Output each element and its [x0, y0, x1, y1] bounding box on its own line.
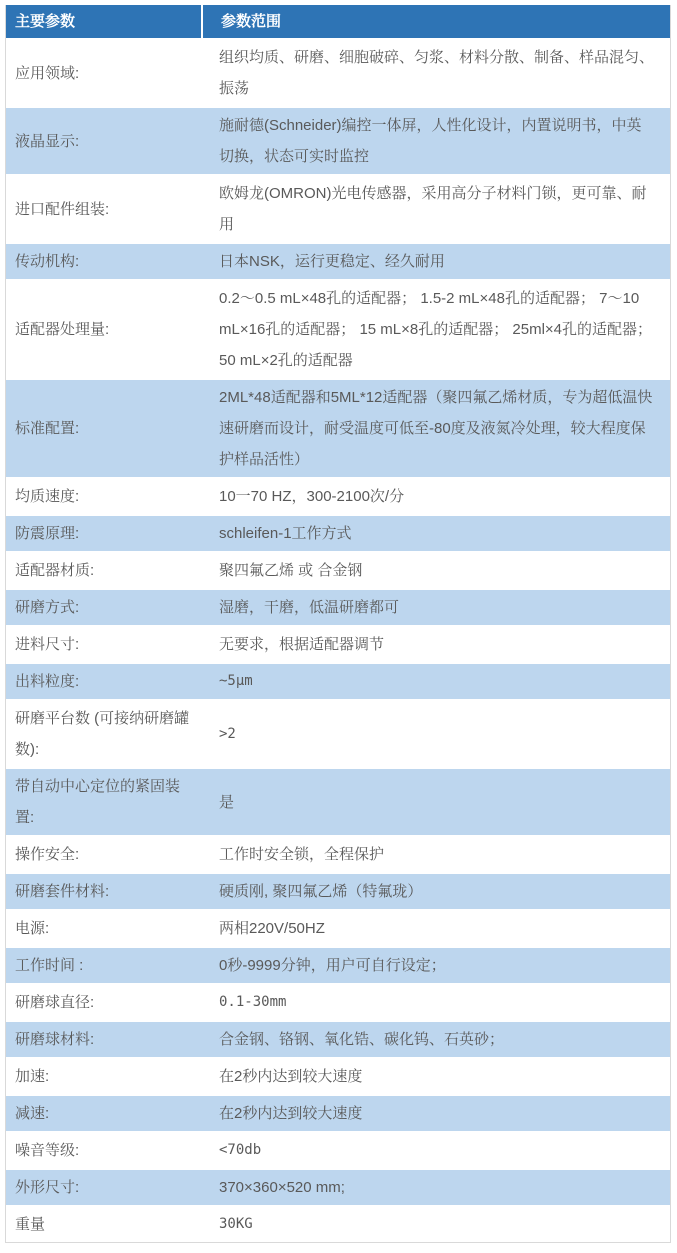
table-row: 减速: 在2秒内达到较大速度	[6, 1094, 670, 1131]
param-value: >2	[201, 717, 670, 752]
param-value: 0.1-30mm	[201, 985, 670, 1020]
table-row: 液晶显示: 施耐德(Schneider)编控一体屏，人性化设计，内置说明书，中英…	[6, 106, 670, 174]
param-value: 日本NSK，运行更稳定、经久耐用	[201, 244, 670, 279]
param-value: 聚四氟乙烯 或 合金钢	[201, 553, 670, 588]
table-row: 研磨球材料: 合金钢、铬钢、氧化锆、碳化钨、石英砂；	[6, 1020, 670, 1057]
param-value: 0秒-9999分钟，用户可自行设定；	[201, 948, 670, 983]
table-row: 适配器材质: 聚四氟乙烯 或 合金钢	[6, 551, 670, 588]
param-label: 研磨平台数 (可接纳研磨罐数):	[6, 701, 201, 767]
param-label: 应用领域:	[6, 56, 201, 91]
param-value: 欧姆龙(OMRON)光电传感器，采用高分子材料门锁，更可靠、耐用	[201, 176, 670, 242]
param-value: 组织均质、研磨、细胞破碎、匀浆、材料分散、制备、样品混匀、振荡	[201, 40, 670, 106]
param-label: 重量	[6, 1207, 201, 1242]
table-row: 噪音等级: <70db	[6, 1131, 670, 1168]
table-row: 研磨平台数 (可接纳研磨罐数): >2	[6, 699, 670, 767]
param-value: 无要求，根据适配器调节	[201, 627, 670, 662]
param-value: 湿磨，干磨，低温研磨都可	[201, 590, 670, 625]
page-root: 主要参数 参数范围 应用领域: 组织均质、研磨、细胞破碎、匀浆、材料分散、制备、…	[0, 0, 677, 1253]
table-row: 适配器处理量: 0.2～0.5 mL×48孔的适配器； 1.5-2 mL×48孔…	[6, 279, 670, 378]
table-row: 电源: 两相220V/50HZ	[6, 909, 670, 946]
column-header-main-params: 主要参数	[6, 5, 201, 38]
param-label: 噪音等级:	[6, 1133, 201, 1168]
param-label: 防震原理:	[6, 516, 201, 551]
column-header-param-range: 参数范围	[203, 5, 670, 38]
param-value: ~5μm	[201, 664, 670, 699]
param-value: 两相220V/50HZ	[201, 911, 670, 946]
param-label: 减速:	[6, 1096, 201, 1131]
param-label: 操作安全:	[6, 837, 201, 872]
param-label: 研磨球材料:	[6, 1022, 201, 1057]
table-row: 工作时间 : 0秒-9999分钟，用户可自行设定；	[6, 946, 670, 983]
param-value: 合金钢、铬钢、氧化锆、碳化钨、石英砂；	[201, 1022, 670, 1057]
param-label: 研磨套件材料:	[6, 874, 201, 909]
table-row: 均质速度: 10一70 HZ，300-2100次/分	[6, 477, 670, 514]
param-label: 电源:	[6, 911, 201, 946]
param-value: schleifen-1工作方式	[201, 516, 670, 551]
param-label: 适配器材质:	[6, 553, 201, 588]
param-value: 2ML*48适配器和5ML*12适配器（聚四氟乙烯材质，专为超低温快速研磨而设计…	[201, 380, 670, 477]
param-value: 施耐德(Schneider)编控一体屏，人性化设计，内置说明书，中英切换，状态可…	[201, 108, 670, 174]
table-header-row: 主要参数 参数范围	[6, 5, 670, 38]
param-label: 研磨方式:	[6, 590, 201, 625]
param-value: 370×360×520 mm;	[201, 1170, 670, 1205]
param-label: 标准配置:	[6, 411, 201, 446]
table-row: 研磨球直径: 0.1-30mm	[6, 983, 670, 1020]
spec-table: 主要参数 参数范围 应用领域: 组织均质、研磨、细胞破碎、匀浆、材料分散、制备、…	[5, 5, 671, 1243]
table-row: 操作安全: 工作时安全锁，全程保护	[6, 835, 670, 872]
table-row: 进料尺寸: 无要求，根据适配器调节	[6, 625, 670, 662]
table-row: 防震原理: schleifen-1工作方式	[6, 514, 670, 551]
param-value: 硬质刚, 聚四氟乙烯（特氟珑）	[201, 874, 670, 909]
table-row: 带自动中心定位的紧固装置: 是	[6, 767, 670, 835]
param-label: 均质速度:	[6, 479, 201, 514]
table-row: 进口配件组装: 欧姆龙(OMRON)光电传感器，采用高分子材料门锁，更可靠、耐用	[6, 174, 670, 242]
param-label: 研磨球直径:	[6, 985, 201, 1020]
param-value: 工作时安全锁，全程保护	[201, 837, 670, 872]
param-value: <70db	[201, 1133, 670, 1168]
param-value: 在2秒内达到较大速度	[201, 1096, 670, 1131]
param-label: 工作时间 :	[6, 948, 201, 983]
param-label: 加速:	[6, 1059, 201, 1094]
table-row: 出料粒度: ~5μm	[6, 662, 670, 699]
table-row: 加速: 在2秒内达到较大速度	[6, 1057, 670, 1094]
param-label: 出料粒度:	[6, 664, 201, 699]
param-value: 0.2～0.5 mL×48孔的适配器； 1.5-2 mL×48孔的适配器； 7～…	[201, 281, 670, 378]
param-label: 传动机构:	[6, 244, 201, 279]
table-row: 研磨方式: 湿磨，干磨，低温研磨都可	[6, 588, 670, 625]
table-row: 应用领域: 组织均质、研磨、细胞破碎、匀浆、材料分散、制备、样品混匀、振荡	[6, 38, 670, 106]
param-value: 在2秒内达到较大速度	[201, 1059, 670, 1094]
table-row: 重量 30KG	[6, 1205, 670, 1242]
param-label: 进口配件组装:	[6, 192, 201, 227]
param-label: 液晶显示:	[6, 124, 201, 159]
table-row: 外形尺寸: 370×360×520 mm;	[6, 1168, 670, 1205]
param-value: 30KG	[201, 1207, 670, 1242]
param-value: 是	[201, 785, 670, 820]
table-body: 应用领域: 组织均质、研磨、细胞破碎、匀浆、材料分散、制备、样品混匀、振荡 液晶…	[6, 38, 670, 1242]
param-value: 10一70 HZ，300-2100次/分	[201, 479, 670, 514]
param-label: 适配器处理量:	[6, 312, 201, 347]
table-row: 标准配置: 2ML*48适配器和5ML*12适配器（聚四氟乙烯材质，专为超低温快…	[6, 378, 670, 477]
param-label: 带自动中心定位的紧固装置:	[6, 769, 201, 835]
table-row: 传动机构: 日本NSK，运行更稳定、经久耐用	[6, 242, 670, 279]
param-label: 进料尺寸:	[6, 627, 201, 662]
param-label: 外形尺寸:	[6, 1170, 201, 1205]
table-row: 研磨套件材料: 硬质刚, 聚四氟乙烯（特氟珑）	[6, 872, 670, 909]
